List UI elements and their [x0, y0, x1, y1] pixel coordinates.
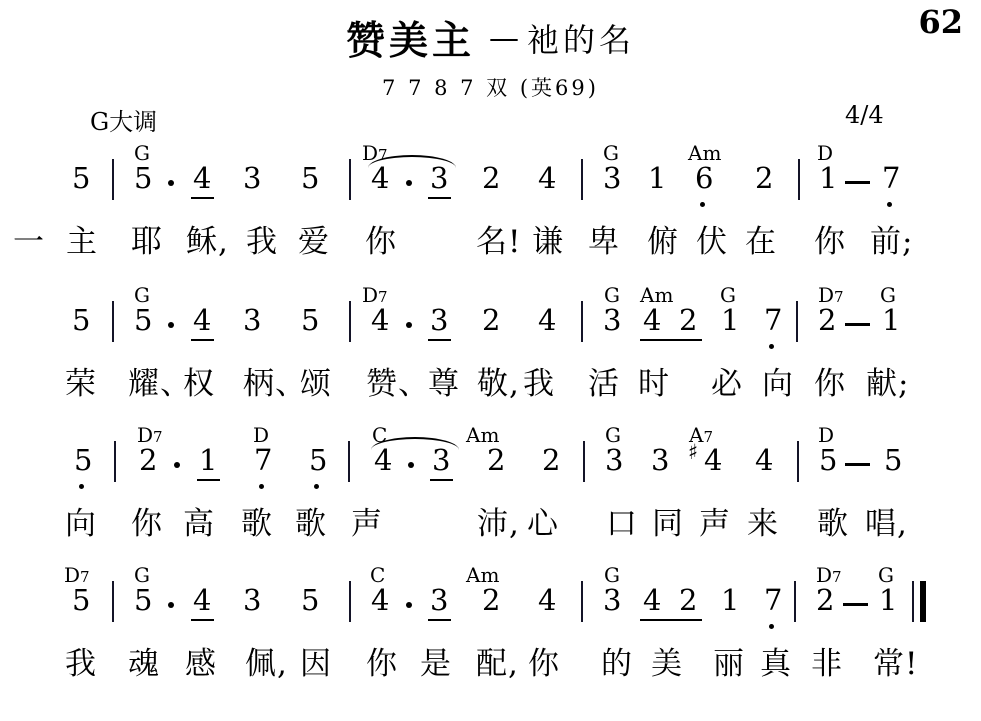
eighth-note-underline — [191, 197, 214, 199]
lyric-char: 活 — [588, 369, 620, 400]
low-octave-dot — [769, 344, 774, 349]
dotted-rhythm-dot — [168, 322, 174, 328]
note-digit: 4 — [755, 446, 773, 475]
sheet-music-page: 62 赞美主—祂的名 7 7 8 7 双 (英69) G大调 4/4 GD7GA… — [0, 0, 981, 721]
final-barline-thick — [920, 581, 926, 622]
low-octave-dot — [259, 484, 264, 489]
chord-label: Am — [466, 565, 499, 585]
lyric-char: 俯 — [647, 227, 679, 258]
lyric-char: 口 — [606, 509, 638, 540]
barline — [583, 441, 585, 482]
lyric-char: 同 — [652, 509, 684, 540]
note-digit: 1 — [819, 164, 837, 193]
music-system-2: GD7GAmGD7G5543543243421721荣耀、权柄、颂赞、尊敬,我活… — [0, 285, 981, 427]
chord-label: G — [605, 425, 621, 445]
note-digit: 4 — [193, 164, 211, 193]
low-octave-dot — [314, 484, 319, 489]
note-digit: 5 — [134, 164, 152, 193]
note-digit: 4 — [704, 446, 722, 475]
barline — [798, 159, 800, 200]
lyric-char: 的 — [601, 649, 633, 680]
lyric-char: 主 — [66, 227, 98, 258]
barline — [581, 301, 583, 342]
note-digit: 1 — [721, 306, 739, 335]
note-digit: 3 — [432, 446, 450, 475]
dotted-rhythm-dot — [174, 462, 180, 468]
lyric-char: 我 — [246, 227, 278, 258]
lyric-char: 声 — [351, 509, 383, 540]
lyric-char: 你 — [131, 509, 163, 540]
lyric-char: 谦 — [532, 227, 564, 258]
music-system-1: GD7GAmD554354324316217一主耶稣,我爱你名!谦卑俯伏在你前; — [0, 143, 981, 285]
barline — [112, 581, 114, 622]
lyric-char: 伏 — [696, 227, 728, 258]
lyric-char: 爱 — [298, 227, 330, 258]
lyric-char: 是 — [420, 649, 452, 680]
lyric-char: 你 — [366, 649, 398, 680]
lyric-char: 我 — [65, 649, 97, 680]
note-digit: 2 — [816, 586, 834, 615]
lyric-char: 高 — [183, 509, 215, 540]
barline — [581, 159, 583, 200]
barline — [349, 159, 351, 200]
lyric-char: 必 — [711, 369, 743, 400]
low-octave-dot — [79, 484, 84, 489]
note-digit: 3 — [243, 306, 261, 335]
lyric-char: 献; — [866, 369, 909, 400]
barline — [581, 581, 583, 622]
note-digit: 1 — [648, 164, 666, 193]
held-note-dash — [845, 181, 870, 184]
chord-label: Am — [640, 285, 673, 305]
chord-label: G — [880, 285, 896, 305]
lyric-char: 佩, — [245, 649, 288, 680]
eighth-note-underline — [640, 619, 702, 621]
note-digit: 2 — [487, 446, 505, 475]
lyric-char: 稣, — [186, 227, 229, 258]
music-system-4: D7GCAmGD7G5543543243421721我魂感佩,因你是配,你的美丽… — [0, 565, 981, 707]
note-digit: 5 — [74, 446, 92, 475]
note-digit: 4 — [538, 306, 556, 335]
note-digit: 4 — [538, 164, 556, 193]
lyric-char: 一 — [13, 227, 45, 258]
chord-label: D — [818, 425, 834, 445]
note-digit: 3 — [430, 164, 448, 193]
chord-label: G — [604, 285, 620, 305]
chord-label: D7 — [137, 425, 163, 445]
note-digit: 6 — [695, 164, 713, 193]
lyric-char: 名! — [476, 227, 521, 258]
lyric-char: 荣 — [65, 369, 97, 400]
note-digit: 5 — [309, 446, 327, 475]
eighth-note-underline — [197, 479, 220, 481]
note-digit: 5 — [72, 306, 90, 335]
eighth-note-underline — [428, 197, 451, 199]
note-digit: 4 — [193, 306, 211, 335]
dotted-rhythm-dot — [406, 602, 412, 608]
lyric-char: 歌 — [817, 509, 849, 540]
held-note-dash — [843, 603, 868, 606]
lyric-char: 颂 — [300, 369, 332, 400]
note-digit: 5 — [884, 446, 902, 475]
note-digit: 7 — [764, 586, 782, 615]
note-digit: 7 — [254, 446, 272, 475]
lyric-char: 魂 — [128, 649, 160, 680]
lyric-char: 时 — [638, 369, 670, 400]
barline — [794, 581, 796, 622]
note-digit: 3 — [430, 306, 448, 335]
lyric-char: 沛, — [477, 509, 520, 540]
low-octave-dot — [769, 624, 774, 629]
eighth-note-underline — [191, 619, 214, 621]
dotted-rhythm-dot — [406, 180, 412, 186]
note-digit: 3 — [605, 446, 623, 475]
held-note-dash — [845, 463, 870, 466]
chord-label: G — [134, 565, 150, 585]
note-digit: 2 — [482, 586, 500, 615]
chord-label: G — [134, 143, 150, 163]
barline — [114, 441, 116, 482]
note-digit: 1 — [721, 586, 739, 615]
note-digit: 5 — [72, 164, 90, 193]
note-digit: 7 — [882, 164, 900, 193]
note-digit: 2 — [482, 164, 500, 193]
lyric-char: 你 — [814, 227, 846, 258]
lyric-char: 非 — [811, 649, 843, 680]
dotted-rhythm-dot — [408, 462, 414, 468]
note-digit: 3 — [603, 586, 621, 615]
chord-label: G — [720, 285, 736, 305]
barline — [348, 441, 350, 482]
lyric-char: 向 — [65, 509, 97, 540]
chord-label: G — [878, 565, 894, 585]
lyric-char: 你 — [814, 369, 846, 400]
lyric-char: 赞、 — [366, 369, 430, 400]
eighth-note-underline — [191, 339, 214, 341]
lyric-char: 歌 — [241, 509, 273, 540]
note-digit: 2 — [679, 306, 697, 335]
music-area: GD7GAmD554354324316217一主耶稣,我爱你名!谦卑俯伏在你前;… — [0, 0, 981, 721]
lyric-char: 我 — [523, 369, 555, 400]
final-barline-thin — [912, 581, 914, 622]
note-digit: 5 — [301, 586, 319, 615]
dotted-rhythm-dot — [168, 602, 174, 608]
chord-label: D — [817, 143, 833, 163]
lyric-char: 向 — [762, 369, 794, 400]
note-digit: 3 — [603, 306, 621, 335]
note-digit: 1 — [882, 306, 900, 335]
barline — [112, 159, 114, 200]
chord-label: D7 — [362, 285, 388, 305]
note-digit: 4 — [374, 446, 392, 475]
note-digit: 1 — [879, 586, 897, 615]
note-digit: 4 — [371, 586, 389, 615]
eighth-note-underline — [430, 479, 453, 481]
lyric-char: 真 — [760, 649, 792, 680]
barline — [349, 301, 351, 342]
note-digit: 4 — [538, 586, 556, 615]
note-digit: 4 — [193, 586, 211, 615]
note-digit: 5 — [72, 586, 90, 615]
chord-label: D7 — [818, 285, 844, 305]
note-digit: 3 — [603, 164, 621, 193]
lyric-char: 声 — [699, 509, 731, 540]
lyric-char: 来 — [747, 509, 779, 540]
lyric-char: 尊 — [428, 369, 460, 400]
note-digit: 4 — [371, 306, 389, 335]
chord-label: D — [253, 425, 269, 445]
lyric-char: 敬, — [477, 369, 520, 400]
note-digit: 2 — [482, 306, 500, 335]
barline — [796, 301, 798, 342]
note-digit: 3 — [651, 446, 669, 475]
lyric-char: 心 — [527, 509, 559, 540]
eighth-note-underline — [428, 619, 451, 621]
eighth-note-underline — [428, 339, 451, 341]
note-digit: 7 — [764, 306, 782, 335]
eighth-note-underline — [640, 339, 702, 341]
music-system-3: D7DCAmGA7D52175432233♯4455向你高歌歌声沛,心口同声来歌… — [0, 425, 981, 567]
note-digit: 4 — [643, 306, 661, 335]
note-digit: 2 — [679, 586, 697, 615]
chord-label: G — [603, 143, 619, 163]
note-digit: 5 — [301, 164, 319, 193]
barline — [112, 301, 114, 342]
held-note-dash — [845, 323, 870, 326]
lyric-char: 在 — [745, 227, 777, 258]
dotted-rhythm-dot — [168, 180, 174, 186]
barline — [797, 441, 799, 482]
note-digit: 2 — [139, 446, 157, 475]
lyric-char: 你 — [365, 227, 397, 258]
low-octave-dot — [887, 202, 892, 207]
chord-label: G — [604, 565, 620, 585]
lyric-char: 权 — [183, 369, 215, 400]
note-digit: 2 — [542, 446, 560, 475]
note-digit: 1 — [199, 446, 217, 475]
note-digit: 5 — [134, 306, 152, 335]
lyric-char: 感 — [185, 649, 217, 680]
lyric-char: 常! — [873, 649, 918, 680]
lyric-char: 柄、 — [243, 369, 307, 400]
note-digit: 2 — [755, 164, 773, 193]
lyric-char: 歌 — [295, 509, 327, 540]
lyric-char: 丽 — [713, 649, 745, 680]
dotted-rhythm-dot — [406, 322, 412, 328]
note-digit: 3 — [243, 586, 261, 615]
sharp-icon: ♯ — [688, 442, 698, 463]
note-digit: 5 — [134, 586, 152, 615]
lyric-char: 耶 — [131, 227, 163, 258]
note-digit: 4 — [371, 164, 389, 193]
note-digit: 4 — [643, 586, 661, 615]
chord-label: C — [370, 565, 385, 585]
barline — [349, 581, 351, 622]
lyric-char: 配, — [476, 649, 519, 680]
note-digit: 3 — [243, 164, 261, 193]
chord-label: Am — [466, 425, 499, 445]
chord-label: Am — [688, 143, 721, 163]
lyric-char: 因 — [300, 649, 332, 680]
lyric-char: 你 — [528, 649, 560, 680]
note-digit: 3 — [430, 586, 448, 615]
lyric-char: 美 — [651, 649, 683, 680]
lyric-char: 前; — [870, 227, 913, 258]
chord-label: D7 — [816, 565, 842, 585]
lyric-char: 卑 — [588, 227, 620, 258]
note-digit: 5 — [301, 306, 319, 335]
chord-label: D7 — [64, 565, 90, 585]
note-digit: 2 — [818, 306, 836, 335]
low-octave-dot — [700, 202, 705, 207]
note-digit: 5 — [819, 446, 837, 475]
lyric-char: 唱, — [865, 509, 908, 540]
chord-label: G — [134, 285, 150, 305]
